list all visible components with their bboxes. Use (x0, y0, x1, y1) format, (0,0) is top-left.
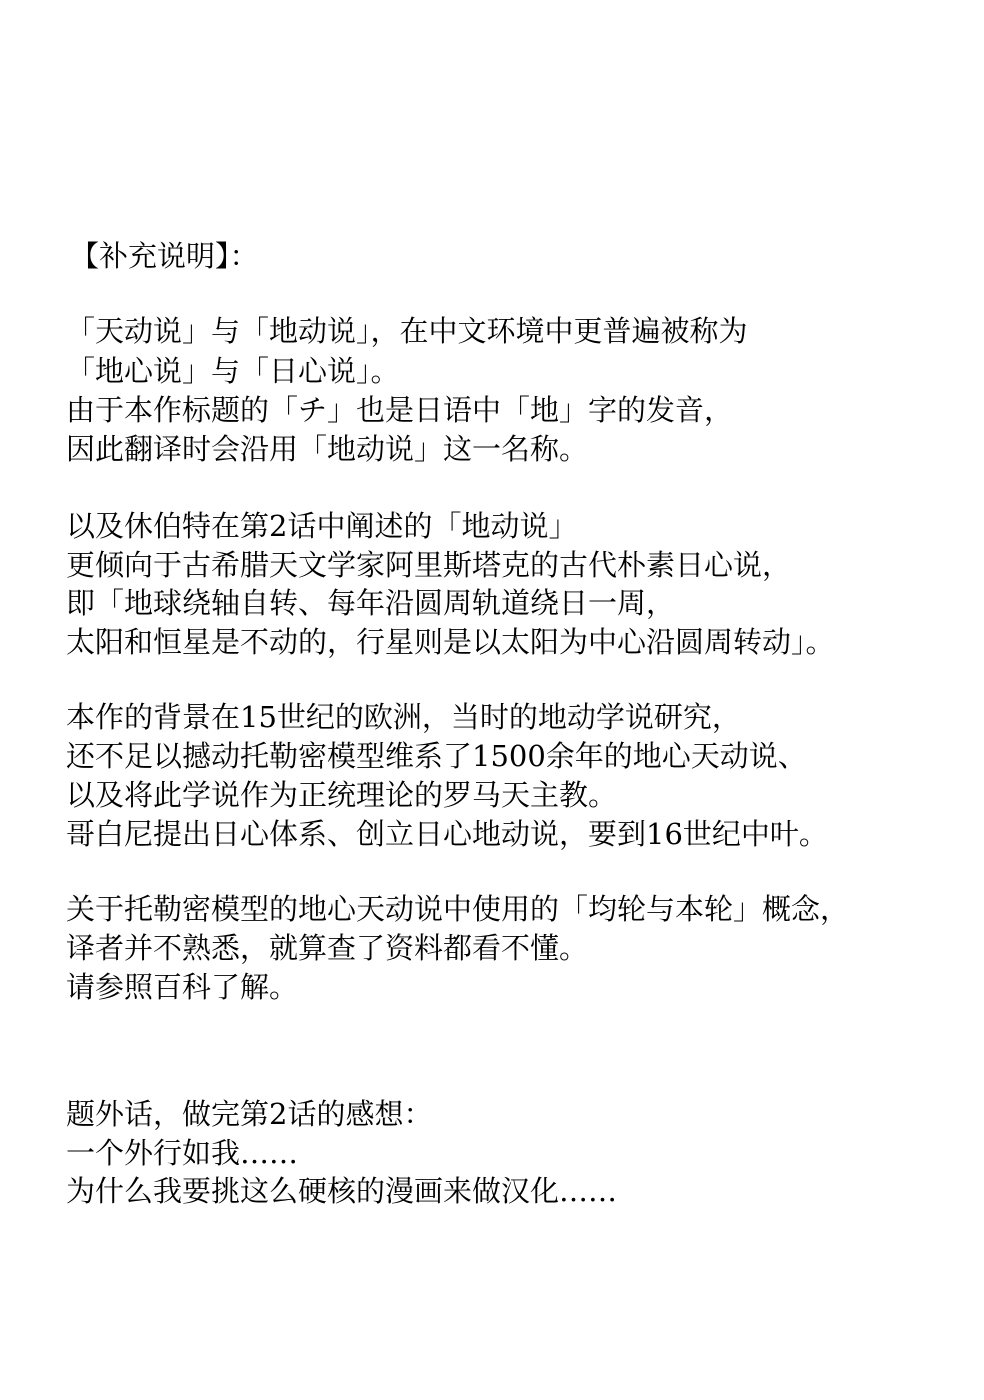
text-line: 本作的背景在15世纪的欧洲，当时的地动学说研究， (66, 698, 741, 736)
text-line: 「地心说」与「日心说」。 (66, 352, 400, 390)
text-line: 由于本作标题的「チ」也是日语中「地」字的发音， (66, 391, 733, 429)
text-line: 请参照百科了解。 (66, 968, 298, 1006)
text-line: 还不足以撼动托勒密模型维系了1500余年的地心天动说、 (66, 737, 807, 775)
text-line: 为什么我要挑这么硬核的漫画来做汉化…… (66, 1172, 617, 1210)
text-line: 太阳和恒星是不动的，行星则是以太阳为中心沿圆周转动」。 (66, 623, 835, 661)
text-line: 以及将此学说作为正统理论的罗马天主教。 (66, 776, 617, 814)
text-line: 一个外行如我…… (66, 1134, 298, 1172)
document-heading: 【补充说明】： (70, 237, 259, 275)
text-line: 关于托勒密模型的地心天动说中使用的「均轮与本轮」概念， (66, 890, 849, 928)
text-line: 哥白尼提出日心体系、创立日心地动说，要到16世纪中叶。 (66, 815, 828, 853)
text-line: 以及休伯特在第2话中阐述的「地动说」 (66, 507, 577, 545)
text-line: 即「地球绕轴自转、每年沿圆周轨道绕日一周， (66, 584, 675, 622)
text-line: 题外话，做完第2话的感想： (66, 1095, 432, 1133)
text-line: 更倾向于古希腊天文学家阿里斯塔克的古代朴素日心说， (66, 546, 791, 584)
text-line: 「天动说」与「地动说」，在中文环境中更普遍被称为 (66, 312, 748, 350)
document-page: 【补充说明】： 「天动说」与「地动说」，在中文环境中更普遍被称为 「地心说」与「… (0, 0, 984, 1400)
text-line: 因此翻译时会沿用「地动说」这一名称。 (66, 430, 588, 468)
text-line: 译者并不熟悉，就算查了资料都看不懂。 (66, 929, 588, 967)
